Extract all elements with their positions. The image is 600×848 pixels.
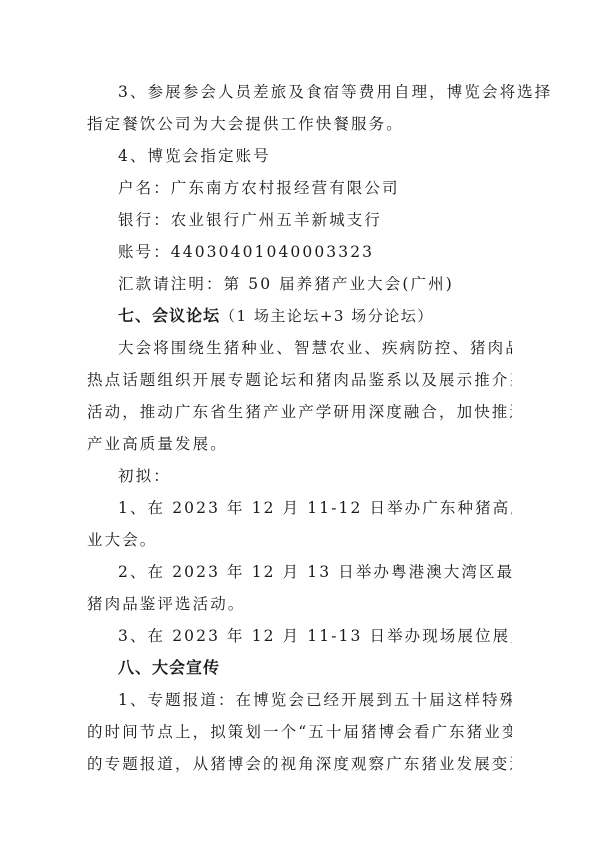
paragraph-line: 指定餐饮公司为大会提供工作快餐服务。	[87, 108, 512, 140]
remittance-note: 汇款请注明：第 50 届养猪产业大会(广州)	[87, 268, 512, 300]
forum-item-1: 1、在 2023 年 12 月 11-12 日举办广东种猪高质量发展行 业大会。	[87, 492, 512, 556]
paragraph-line: 的专题报道，从猪博会的视角深度观察广东猪业发展变迁的轨	[87, 748, 512, 780]
paragraph-line: 1、专题报道：在博览会已经开展到五十届这样特殊意义	[87, 684, 512, 716]
forum-item-3: 3、在 2023 年 12 月 11-13 日举办现场展位展览展示。	[87, 620, 512, 652]
forum-intro-paragraph: 大会将围绕生猪种业、智慧农业、疾病防控、猪肉品牌等 热点话题组织开展专题论坛和猪…	[87, 332, 512, 460]
publicity-item-1: 1、专题报道：在博览会已经开展到五十届这样特殊意义 的时间节点上，拟策划一个“五…	[87, 684, 512, 780]
paragraph-line: 1、在 2023 年 12 月 11-12 日举办广东种猪高质量发展行	[87, 492, 512, 524]
account-number: 账号：44030401040003323	[87, 236, 512, 268]
paragraph-line: 2、在 2023 年 12 月 13 日举办粤港澳大湾区最受欢迎品牌	[87, 556, 512, 588]
paragraph-line: 的时间节点上，拟策划一个“五十届猪博会看广东猪业变迁”	[87, 716, 512, 748]
section-heading-text: 七、会议论坛	[118, 306, 220, 325]
draft-label: 初拟：	[87, 460, 512, 492]
paragraph-line: 活动，推动广东省生猪产业产学研用深度融合，加快推进生猪	[87, 396, 512, 428]
section-subheading: （1 场主论坛+3 场分论坛）	[220, 307, 434, 325]
account-name: 户名：广东南方农村报经营有限公司	[87, 172, 512, 204]
paragraph-line: 大会将围绕生猪种业、智慧农业、疾病防控、猪肉品牌等	[87, 332, 512, 364]
section-heading-publicity: 八、大会宣传	[87, 652, 512, 684]
paragraph-line: 猪肉品鉴评选活动。	[87, 588, 512, 620]
forum-item-2: 2、在 2023 年 12 月 13 日举办粤港澳大湾区最受欢迎品牌 猪肉品鉴评…	[87, 556, 512, 620]
paragraph-line: 3、参展参会人员差旅及食宿等费用自理，博览会将选择	[87, 76, 512, 108]
account-title: 4、博览会指定账号	[87, 140, 512, 172]
section-heading-forum: 七、会议论坛（1 场主论坛+3 场分论坛）	[87, 300, 512, 332]
document-page: 3、参展参会人员差旅及食宿等费用自理，博览会将选择 指定餐饮公司为大会提供工作快…	[87, 76, 512, 780]
paragraph-line: 产业高质量发展。	[87, 428, 512, 460]
paragraph-line: 热点话题组织开展专题论坛和猪肉品鉴系以及展示推介系列	[87, 364, 512, 396]
paragraph-line: 3、在 2023 年 12 月 11-13 日举办现场展位展览展示。	[87, 620, 512, 652]
account-bank: 银行：农业银行广州五羊新城支行	[87, 204, 512, 236]
paragraph-line: 业大会。	[87, 524, 512, 556]
